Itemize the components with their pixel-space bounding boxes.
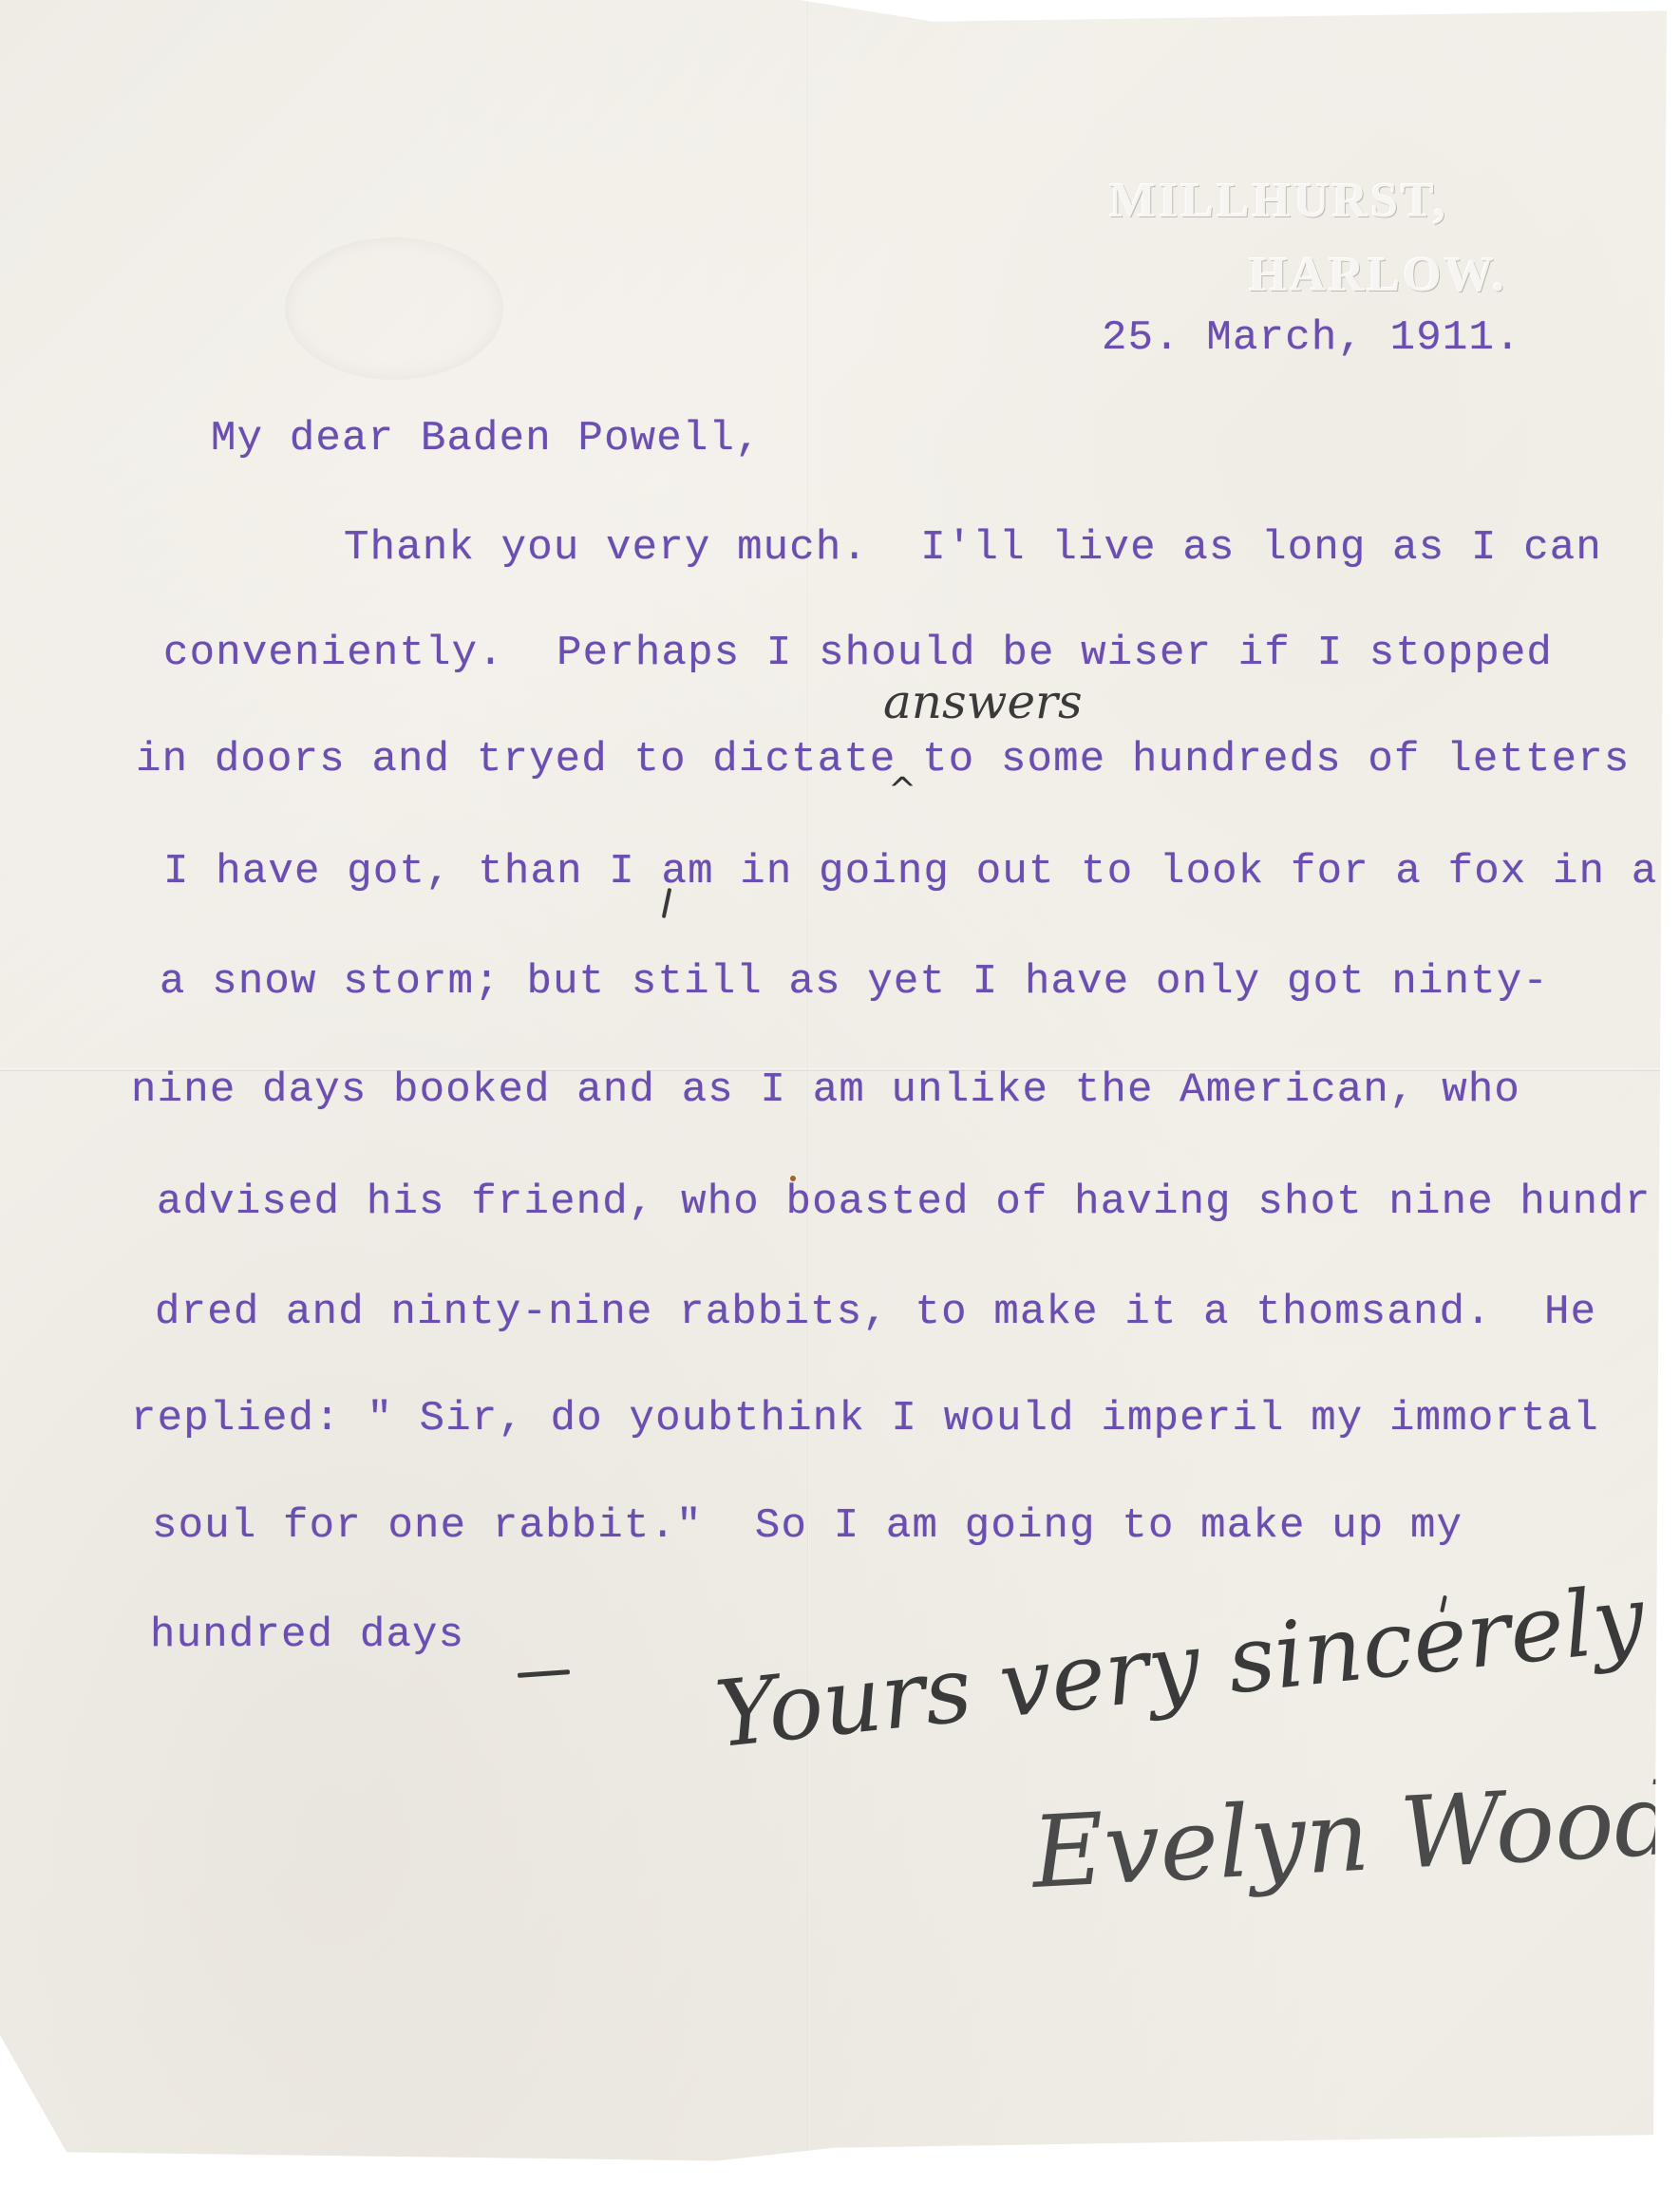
- body-line-9: replied: " Sir, do youbthink I would imp…: [131, 1398, 1599, 1440]
- letter-paper: MILLHURST, HARLOW. 25. March, 1911. My d…: [0, 0, 1667, 2165]
- signature: Evelyn Wood: [1029, 1762, 1680, 1911]
- letterhead-line-1: MILLHURST,: [1109, 173, 1448, 229]
- body-line-6: nine days booked and as I am unlike the …: [131, 1069, 1520, 1111]
- letter-date: 25. March, 1911.: [1102, 317, 1521, 359]
- handwritten-insertion: answers: [883, 674, 1083, 729]
- body-line-11: hundred days: [150, 1614, 464, 1656]
- handwritten-dash: [518, 1669, 570, 1678]
- body-line-1: Thank you very much. I'll live as long a…: [344, 527, 1602, 569]
- body-line-4: I have got, than I am in going out to lo…: [163, 851, 1657, 893]
- body-line-2: conveniently. Perhaps I should be wiser …: [163, 632, 1553, 674]
- body-line-7: advised his friend, who boasted of havin…: [157, 1181, 1651, 1223]
- ink-spot: [790, 1176, 796, 1181]
- salutation: My dear Baden Powell,: [211, 418, 762, 460]
- body-line-10: soul for one rabbit." So I am going to m…: [152, 1505, 1463, 1547]
- body-line-8: dred and ninty-nine rabbits, to make it …: [155, 1291, 1596, 1333]
- letterhead-line-2: HARLOW.: [1249, 247, 1507, 303]
- body-line-5: a snow storm; but still as yet I have on…: [160, 961, 1549, 1003]
- embossed-seal-icon: [285, 237, 503, 380]
- closing: Yours very sincerely: [710, 1565, 1649, 1768]
- insertion-caret-icon: ^: [888, 771, 916, 810]
- body-line-3: in doors and tryed to dictate to some hu…: [136, 739, 1630, 781]
